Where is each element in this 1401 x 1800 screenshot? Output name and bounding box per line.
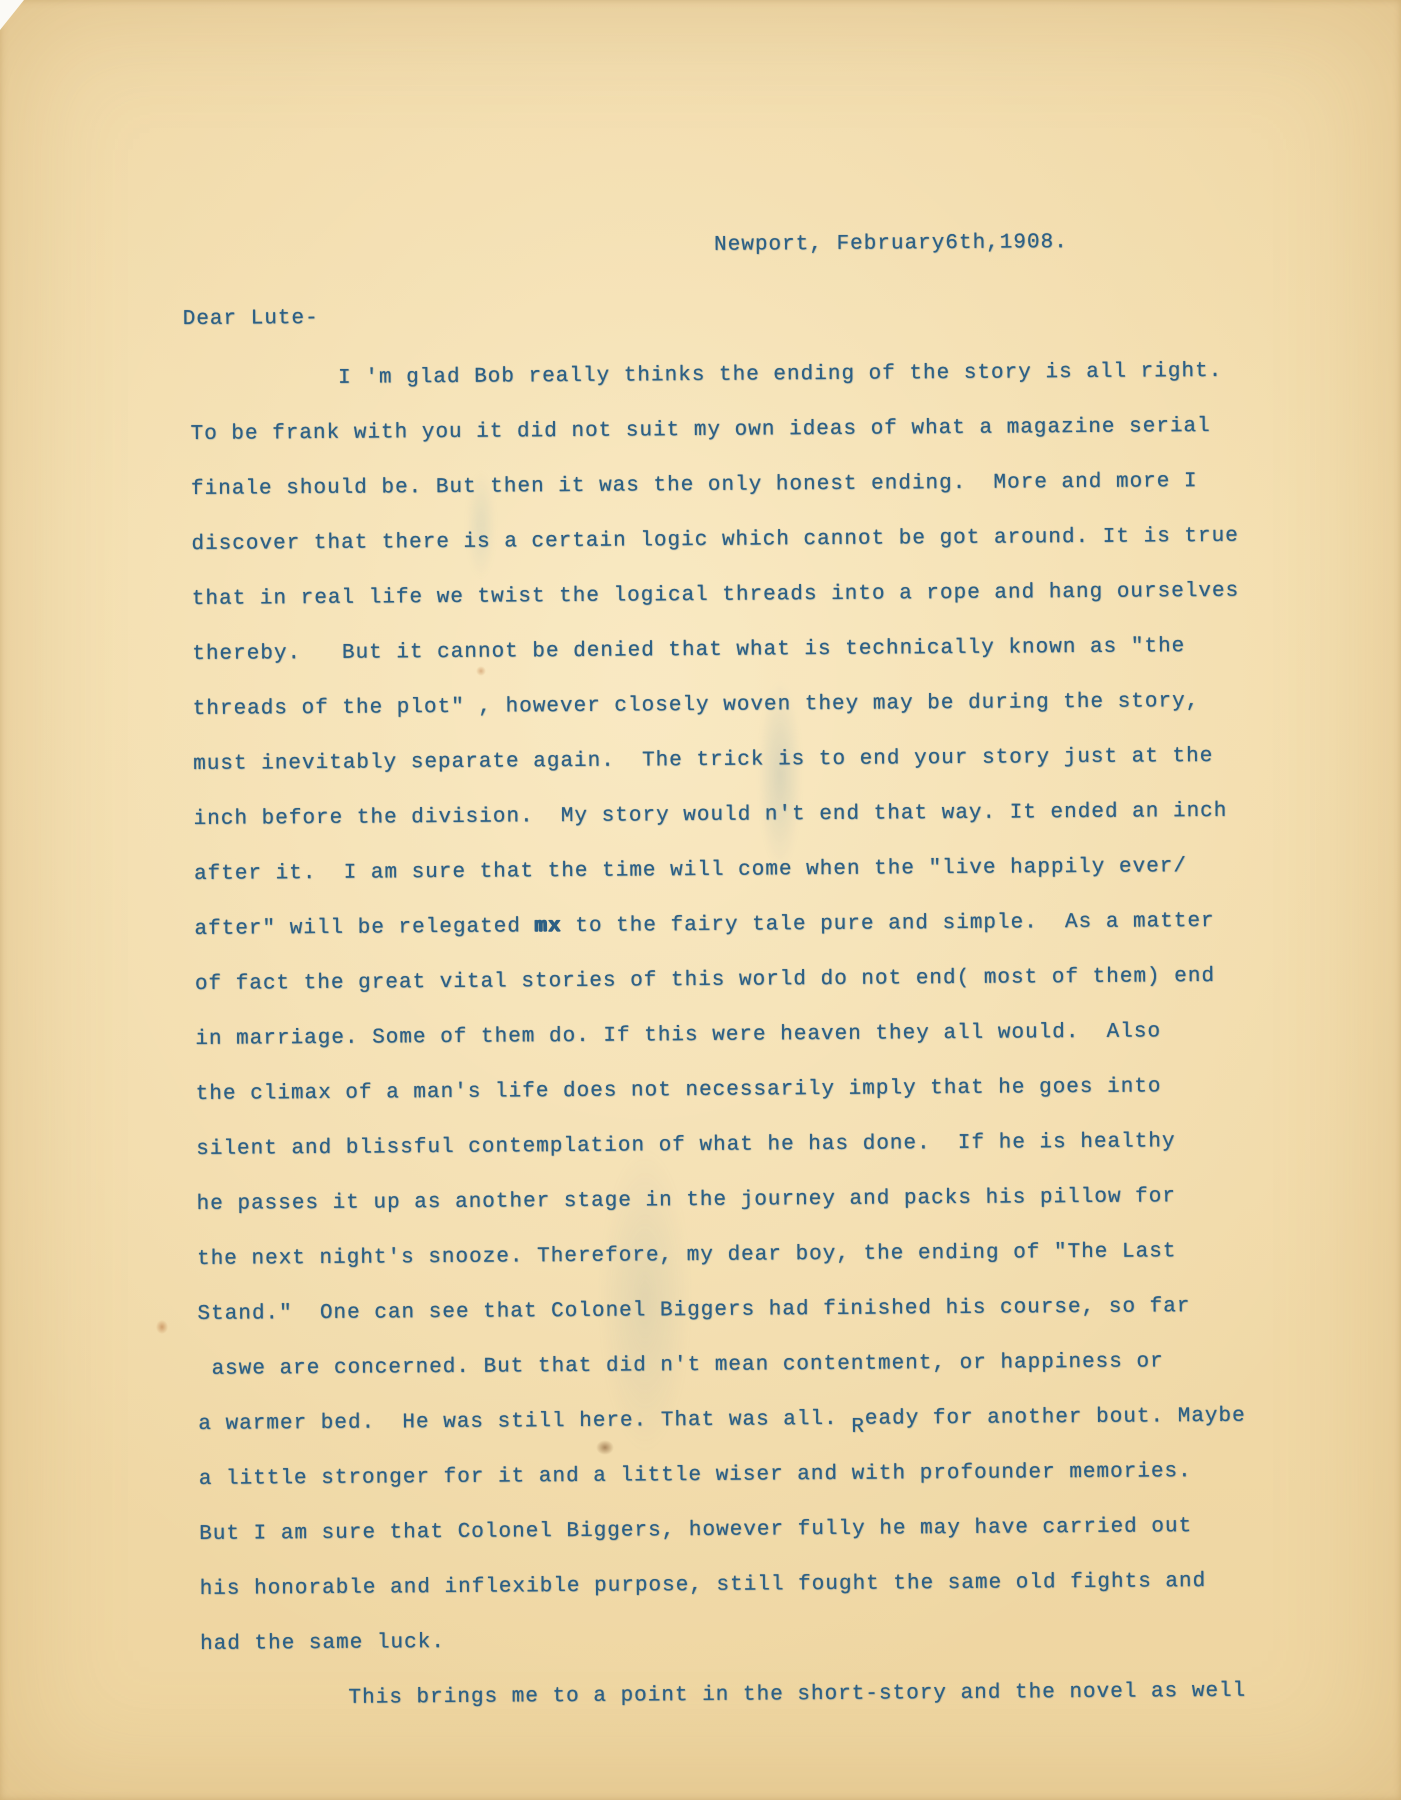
line-text: thereby. But it cannot be denied that wh… [192, 635, 1185, 666]
body-line: aswe are concerned. But that did n't mea… [198, 1333, 1308, 1397]
body-line: the next night's snooze. Therefore, my d… [197, 1223, 1307, 1287]
line-text: a little stronger for it and a little wi… [199, 1460, 1192, 1491]
line-text: a warmer bed. He was still here. That wa… [198, 1408, 851, 1436]
line-text: that in real life we twist the logical t… [192, 580, 1240, 611]
line-text: the climax of a man's life does not nece… [196, 1075, 1162, 1106]
body-line: finale should be. But then it was the on… [191, 453, 1301, 517]
body-line: I 'm glad Bob really thinks the ending o… [190, 343, 1300, 407]
body-line: his honorable and inflexible purpose, st… [199, 1553, 1309, 1617]
line-text: To be frank with you it did not suit my … [190, 415, 1210, 446]
line-text: But I am sure that Colonel Biggers, howe… [199, 1515, 1192, 1546]
overstruck-characters: R [851, 1400, 865, 1455]
body-line: To be frank with you it did not suit my … [190, 398, 1300, 462]
line-text: discover that there is a certain logic w… [191, 525, 1239, 556]
body-line: This brings me to a point in the short-s… [200, 1663, 1310, 1727]
overstruck-characters: mx [534, 915, 561, 938]
line-text: This brings me to a point in the short-s… [348, 1680, 1246, 1710]
salutation: Dear Lute- [183, 307, 319, 331]
typed-text-layer: Newport, February6th,1908. Dear Lute- I … [0, 0, 1401, 1800]
body-line: inch before the division. My story would… [193, 783, 1303, 847]
body-line: Stand." One can see that Colonel Biggers… [197, 1278, 1307, 1342]
body-line: that in real life we twist the logical t… [192, 563, 1302, 627]
line-text: his honorable and inflexible purpose, st… [200, 1570, 1207, 1601]
line-text: silent and blissful contemplation of wha… [196, 1130, 1176, 1161]
line-text: inch before the division. My story would… [194, 800, 1228, 831]
line-text: after it. I am sure that the time will c… [194, 855, 1187, 886]
dateline: Newport, February6th,1908. [714, 231, 1068, 257]
body-line: must inevitably separate again. The tric… [193, 728, 1303, 792]
body-line: after it. I am sure that the time will c… [194, 838, 1304, 902]
body-line: a little stronger for it and a little wi… [199, 1443, 1309, 1507]
line-text: after" will be relegated [194, 915, 534, 941]
line-text: of fact the great vital stories of this … [195, 965, 1215, 996]
line-text: must inevitably separate again. The tric… [193, 745, 1213, 776]
letter-body: I 'm glad Bob really thinks the ending o… [190, 343, 1311, 1727]
body-line: of fact the great vital stories of this … [195, 948, 1305, 1012]
body-line: threads of the plot" , however closely w… [193, 673, 1303, 737]
line-text: to the fairy tale pure and simple. As a … [562, 910, 1215, 938]
body-line: had the same luck. [200, 1608, 1310, 1672]
letter-page: Newport, February6th,1908. Dear Lute- I … [0, 0, 1401, 1800]
line-text: I 'm glad Bob really thinks the ending o… [338, 360, 1222, 390]
line-text: threads of the plot" , however closely w… [193, 690, 1200, 721]
body-line: thereby. But it cannot be denied that wh… [192, 618, 1302, 682]
body-line: silent and blissful contemplation of wha… [196, 1113, 1306, 1177]
line-text: he passes it up as another stage in the … [197, 1185, 1177, 1216]
body-line: he passes it up as another stage in the … [196, 1168, 1306, 1232]
body-line: after" will be relegated mx to the fairy… [194, 893, 1304, 957]
body-line: discover that there is a certain logic w… [191, 508, 1301, 572]
body-line: a warmer bed. He was still here. That wa… [198, 1388, 1308, 1452]
body-line: the climax of a man's life does not nece… [196, 1058, 1306, 1122]
body-line: But I am sure that Colonel Biggers, howe… [199, 1498, 1309, 1562]
line-text: eady for another bout. Maybe [865, 1405, 1246, 1431]
line-text: had the same luck. [200, 1631, 445, 1656]
body-line: in marriage. Some of them do. If this we… [195, 1003, 1305, 1067]
line-text: in marriage. Some of them do. If this we… [195, 1020, 1161, 1051]
line-text: aswe are concerned. But that did n't mea… [198, 1350, 1164, 1381]
line-text: Stand." One can see that Colonel Biggers… [197, 1295, 1190, 1326]
line-text: the next night's snooze. Therefore, my d… [197, 1240, 1177, 1271]
line-text: finale should be. But then it was the on… [191, 470, 1198, 501]
